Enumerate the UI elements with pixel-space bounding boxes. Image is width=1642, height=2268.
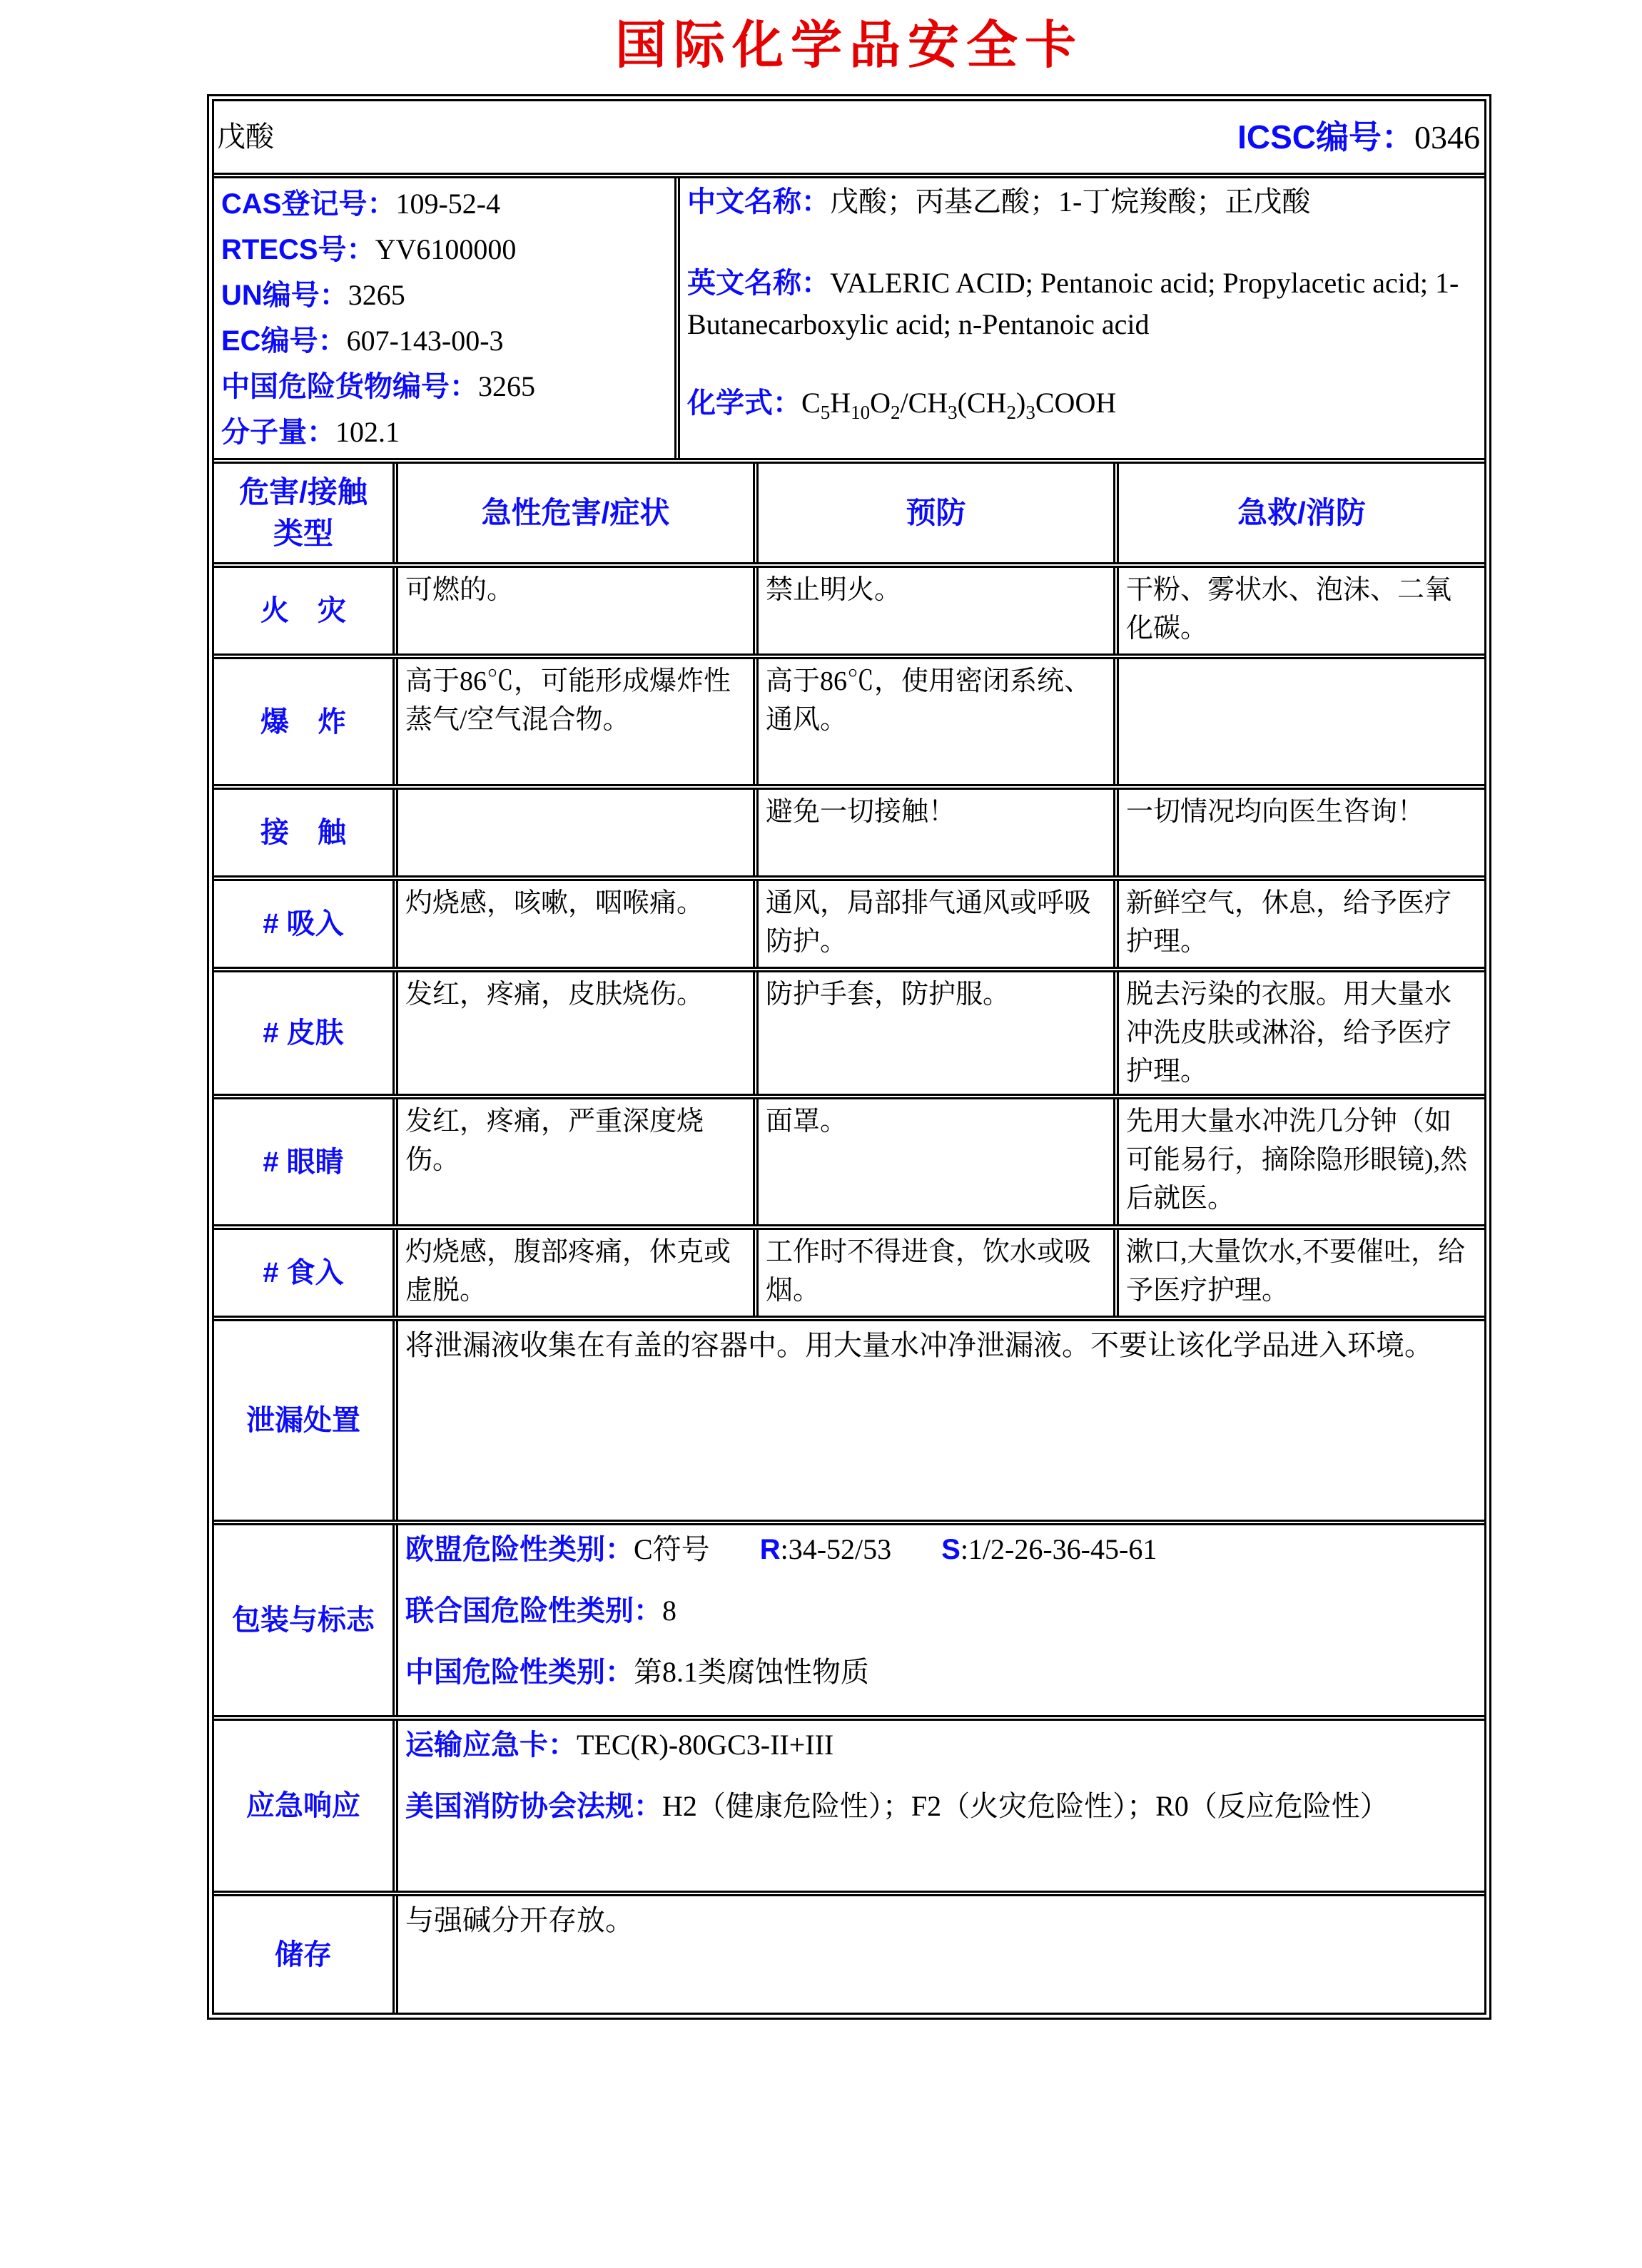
- row-label: # 吸入: [214, 881, 392, 967]
- identifier-cn-dangerous-goods: 中国危险货物编号：3265: [221, 364, 667, 410]
- identifier-value: 607-143-00-3: [347, 325, 504, 357]
- icsc-document-page: 国际化学品安全卡 戊酸 ICSC编号：0346 CAS登记号：109-52-4 …: [0, 0, 1642, 2268]
- formula-value: C5H10O2/CH3(CH2)3COOH: [801, 387, 1116, 419]
- chinese-names-label: 中文名称：: [687, 186, 830, 218]
- identifier-cas: CAS登记号：109-52-4: [221, 181, 667, 227]
- identifier-value: YV6100000: [375, 233, 517, 265]
- formula-label: 化学式：: [687, 387, 801, 419]
- icsc-number-block: ICSC编号：0346: [1233, 118, 1484, 157]
- icsc-label: ICSC编号：: [1237, 118, 1414, 156]
- symptom-cell: 发红，疼痛，皮肤烧伤。: [392, 972, 753, 1094]
- identifier-label: 分子量：: [221, 417, 335, 448]
- section-content: 与强碱分开存放。: [392, 1896, 1484, 2013]
- un-class-label: 联合国危险性类别：: [405, 1595, 662, 1627]
- identifier-label: 中国危险货物编号：: [221, 371, 478, 402]
- header-firstaid-firefighting: 急救/消防: [1113, 464, 1484, 562]
- section-label: 包装与标志: [214, 1525, 392, 1715]
- s-phrase-label: S: [941, 1534, 961, 1565]
- hazard-row-skin: # 皮肤 发红，疼痛，皮肤烧伤。 防护手套，防护服。 脱去污染的衣服。用大量水冲…: [214, 967, 1484, 1094]
- page-title: 国际化学品安全卡: [207, 16, 1491, 76]
- header-hazard-type: 危害/接触 类型: [214, 464, 392, 562]
- nfpa-value: H2（健康危险性）；F2（火灾危险性）；R0（反应危险性）: [662, 1790, 1389, 1822]
- symptom-cell: [392, 790, 753, 875]
- identifier-value: 102.1: [335, 416, 400, 448]
- hazard-row-explosion: 爆 炸 高于86℃，可能形成爆炸性蒸气/空气混合物。 高于86℃，使用密闭系统、…: [214, 654, 1484, 784]
- firstaid-cell: 漱口,大量饮水,不要催吐，给予医疗护理。: [1113, 1230, 1484, 1316]
- chemical-formula: 化学式：C5H10O2/CH3(CH2)3COOH: [687, 382, 1477, 433]
- prevention-cell: 禁止明火。: [753, 568, 1113, 654]
- cn-hazard-class-line: 中国危险性类别：第8.1类腐蚀性物质: [405, 1651, 1477, 1694]
- prevention-cell: 避免一切接触！: [753, 790, 1113, 875]
- r-phrase-value: :34-52/53: [781, 1533, 892, 1565]
- prevention-cell: 工作时不得进食，饮水或吸烟。: [753, 1230, 1113, 1316]
- prevention-cell: 面罩。: [753, 1099, 1113, 1224]
- symptom-cell: 灼烧感，咳嗽，咽喉痛。: [392, 881, 753, 967]
- row-label: # 皮肤: [214, 972, 392, 1094]
- symptom-cell: 发红，疼痛，严重深度烧伤。: [392, 1099, 753, 1224]
- section-spill-disposal: 泄漏处置 将泄漏液收集在有盖的容器中。用大量水冲净泄漏液。不要让该化学品进入环境…: [214, 1316, 1484, 1520]
- firstaid-cell: 脱去污染的衣服。用大量水冲洗皮肤或淋浴，给予医疗护理。: [1113, 972, 1484, 1094]
- firstaid-cell: 一切情况均向医生咨询！: [1113, 790, 1484, 875]
- un-class-value: 8: [662, 1595, 676, 1627]
- row-label: 爆 炸: [214, 659, 392, 784]
- prevention-cell: 通风，局部排气通风或呼吸防护。: [753, 881, 1113, 967]
- row-label: 接 触: [214, 790, 392, 875]
- hazard-table-header: 危害/接触 类型 急性危害/症状 预防 急救/消防: [214, 458, 1484, 562]
- safety-card-sheet: 国际化学品安全卡 戊酸 ICSC编号：0346 CAS登记号：109-52-4 …: [207, 16, 1491, 2020]
- row-label: # 眼睛: [214, 1099, 392, 1224]
- cn-class-label: 中国危险性类别：: [405, 1657, 634, 1688]
- section-label: 储存: [214, 1896, 392, 2013]
- card-header-row: 戊酸 ICSC编号：0346: [214, 101, 1484, 173]
- identifier-label: UN编号：: [221, 280, 348, 311]
- substance-name: 戊酸: [214, 118, 1233, 156]
- section-label: 应急响应: [214, 1721, 392, 1891]
- firstaid-cell: 新鲜空气，休息，给予医疗护理。: [1113, 881, 1484, 967]
- row-label: 火 灾: [214, 568, 392, 654]
- firstaid-cell: 干粉、雾状水、泡沫、二氧化碳。: [1113, 568, 1484, 654]
- transport-emergency-card-line: 运输应急卡：TEC(R)-80GC3-II+III: [405, 1724, 1477, 1766]
- prevention-cell: 高于86℃，使用密闭系统、通风。: [753, 659, 1113, 784]
- icsc-value: 0346: [1414, 119, 1480, 156]
- hazard-row-inhalation: # 吸入 灼烧感，咳嗽，咽喉痛。 通风，局部排气通风或呼吸防护。 新鲜空气，休息…: [214, 875, 1484, 967]
- identifier-label: CAS登记号：: [221, 188, 395, 220]
- un-hazard-class-line: 联合国危险性类别：8: [405, 1590, 1477, 1632]
- section-label: 泄漏处置: [214, 1321, 392, 1520]
- identifier-label: RTECS号：: [221, 234, 375, 265]
- tec-label: 运输应急卡：: [405, 1729, 577, 1761]
- section-content: 欧盟危险性类别：C符号R:34-52/53S:1/2-26-36-45-61 联…: [392, 1525, 1484, 1715]
- r-phrase-label: R: [760, 1534, 781, 1565]
- row-label: # 食入: [214, 1230, 392, 1316]
- safety-card: 戊酸 ICSC编号：0346 CAS登记号：109-52-4 RTECS号：YV…: [207, 94, 1491, 2020]
- chinese-names-value: 戊酸；丙基乙酸；1-丁烷羧酸；正戊酸: [830, 185, 1310, 218]
- identifier-ec: EC编号：607-143-00-3: [221, 318, 667, 364]
- section-content: 运输应急卡：TEC(R)-80GC3-II+III 美国消防协会法规：H2（健康…: [392, 1721, 1484, 1891]
- eu-class-value: C符号: [634, 1533, 710, 1565]
- tec-value: TEC(R)-80GC3-II+III: [577, 1729, 833, 1761]
- english-names: 英文名称：VALERIC ACID; Pentanoic acid; Propy…: [687, 263, 1477, 345]
- header-prevention: 预防: [753, 464, 1113, 562]
- s-phrase-value: :1/2-26-36-45-61: [961, 1533, 1157, 1565]
- hazard-row-eyes: # 眼睛 发红，疼痛，严重深度烧伤。 面罩。 先用大量水冲洗几分钟（如可能易行，…: [214, 1094, 1484, 1224]
- section-emergency-response: 应急响应 运输应急卡：TEC(R)-80GC3-II+III 美国消防协会法规：…: [214, 1715, 1484, 1891]
- hazard-row-ingestion: # 食入 灼烧感，腹部疼痛，休克或虚脱。 工作时不得进食，饮水或吸烟。 漱口,大…: [214, 1224, 1484, 1316]
- nfpa-label: 美国消防协会法规：: [405, 1791, 662, 1822]
- eu-class-label: 欧盟危险性类别：: [405, 1534, 634, 1565]
- hazard-row-fire: 火 灾 可燃的。 禁止明火。 干粉、雾状水、泡沫、二氧化碳。: [214, 562, 1484, 654]
- identifier-label: EC编号：: [221, 325, 347, 357]
- chinese-names: 中文名称：戊酸；丙基乙酸；1-丁烷羧酸；正戊酸: [687, 181, 1477, 223]
- cn-class-value: 第8.1类腐蚀性物质: [634, 1656, 869, 1688]
- identifier-value: 3265: [478, 370, 535, 402]
- firstaid-cell: [1113, 659, 1484, 784]
- prevention-cell: 防护手套，防护服。: [753, 972, 1113, 1094]
- hazard-row-contact: 接 触 避免一切接触！ 一切情况均向医生咨询！: [214, 784, 1484, 875]
- section-packaging-labelling: 包装与标志 欧盟危险性类别：C符号R:34-52/53S:1/2-26-36-4…: [214, 1520, 1484, 1715]
- english-names-label: 英文名称：: [687, 268, 830, 299]
- symptom-cell: 高于86℃，可能形成爆炸性蒸气/空气混合物。: [392, 659, 753, 784]
- identifier-value: 3265: [348, 279, 405, 311]
- identifier-molweight: 分子量：102.1: [221, 410, 667, 455]
- identifier-list: CAS登记号：109-52-4 RTECS号：YV6100000 UN编号：32…: [214, 178, 674, 458]
- nfpa-code-line: 美国消防协会法规：H2（健康危险性）；F2（火灾危险性）；R0（反应危险性）: [405, 1785, 1477, 1828]
- identifier-value: 109-52-4: [395, 188, 500, 220]
- names-block: 中文名称：戊酸；丙基乙酸；1-丁烷羧酸；正戊酸 英文名称：VALERIC ACI…: [674, 178, 1484, 458]
- identifiers-names-row: CAS登记号：109-52-4 RTECS号：YV6100000 UN编号：32…: [214, 173, 1484, 458]
- section-content: 将泄漏液收集在有盖的容器中。用大量水冲净泄漏液。不要让该化学品进入环境。: [392, 1321, 1484, 1520]
- identifier-rtecs: RTECS号：YV6100000: [221, 227, 667, 273]
- eu-hazard-class-line: 欧盟危险性类别：C符号R:34-52/53S:1/2-26-36-45-61: [405, 1528, 1477, 1571]
- symptom-cell: 可燃的。: [392, 568, 753, 654]
- header-acute-symptoms: 急性危害/症状: [392, 464, 753, 562]
- identifier-un: UN编号：3265: [221, 273, 667, 318]
- firstaid-cell: 先用大量水冲洗几分钟（如可能易行，摘除隐形眼镜),然后就医。: [1113, 1099, 1484, 1224]
- symptom-cell: 灼烧感，腹部疼痛，休克或虚脱。: [392, 1230, 753, 1316]
- section-storage: 储存 与强碱分开存放。: [214, 1891, 1484, 2013]
